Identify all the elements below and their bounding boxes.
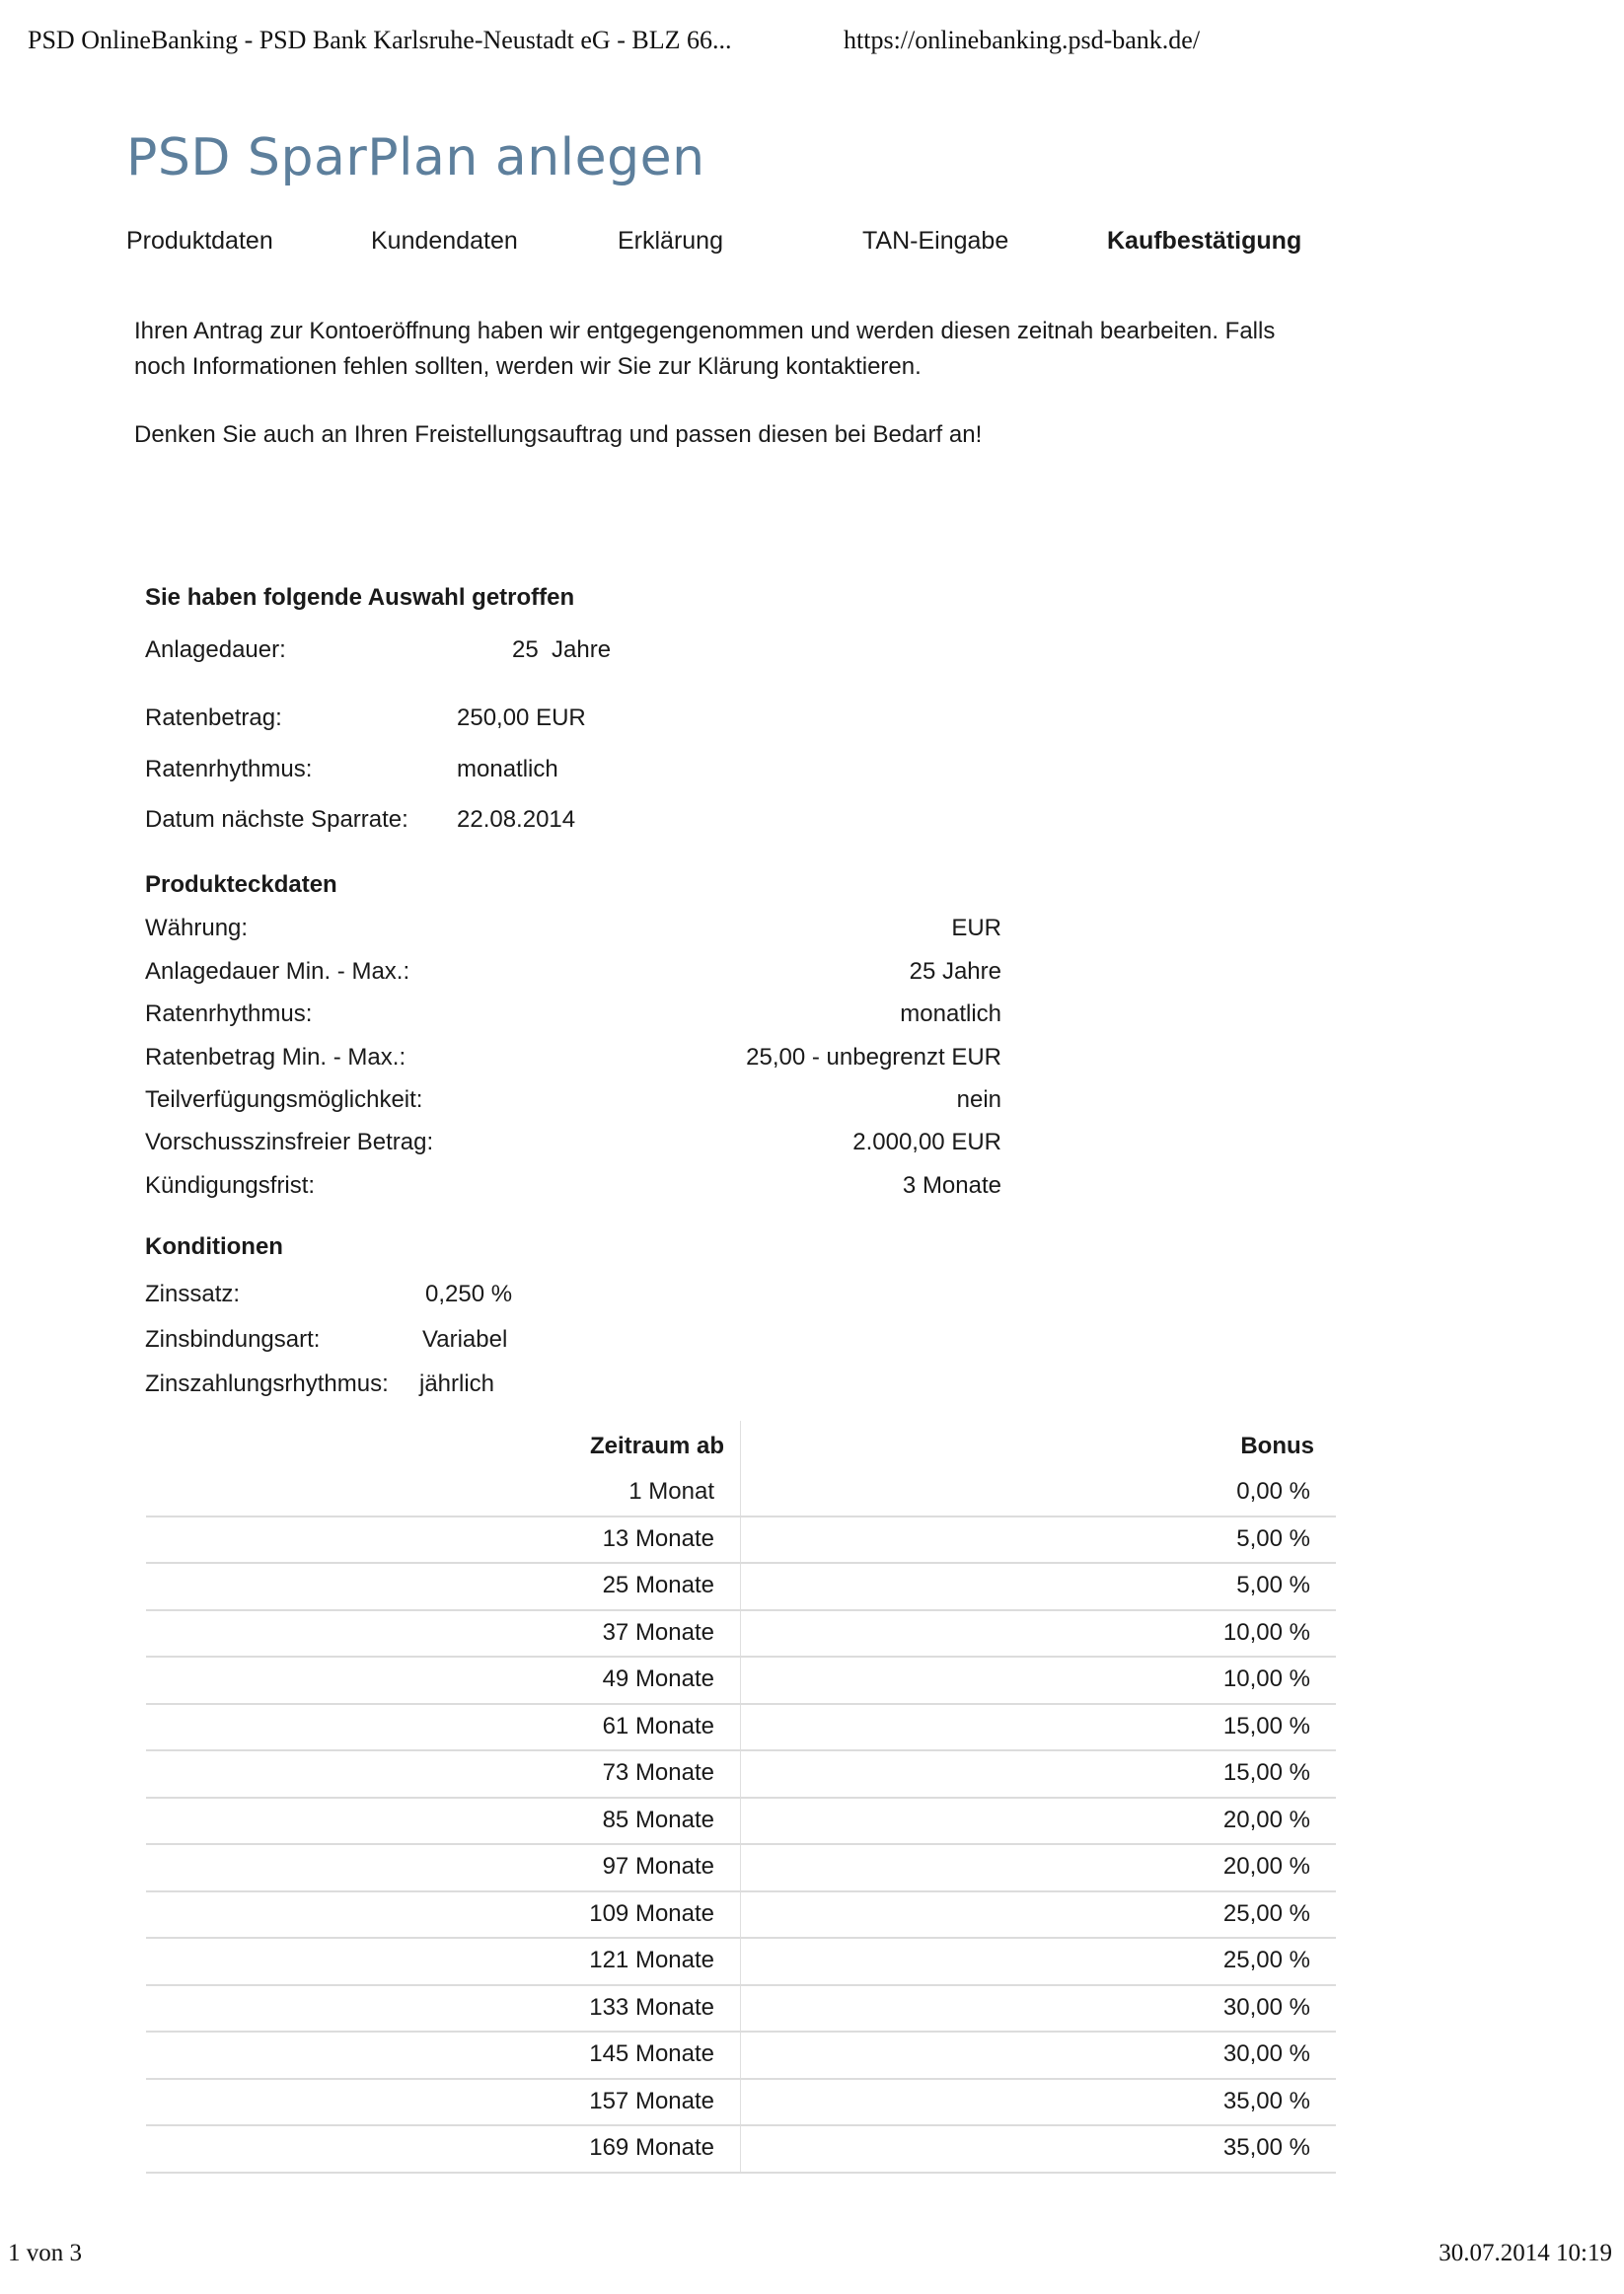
teilverfuegung-value: nein	[957, 1086, 1001, 1114]
step-kaufbestaetigung: Kaufbestätigung	[1107, 227, 1301, 256]
zeitraum-cell: 25 Monate	[603, 1572, 714, 1599]
waehrung-value: EUR	[951, 915, 1001, 942]
bonus-cell: 0,00 %	[1236, 1478, 1310, 1506]
ratenrhythmus-label: Ratenrhythmus:	[145, 756, 312, 783]
bonus-cell: 15,00 %	[1223, 1713, 1310, 1740]
bonus-cell: 30,00 %	[1223, 1994, 1310, 2022]
anlagedauer-value: 25 Jahre	[512, 636, 611, 664]
table-row: 25 Monate5,00 %	[146, 1564, 1336, 1611]
anlagedauer-label: Anlagedauer:	[145, 636, 286, 664]
kuendigungsfrist-label: Kündigungsfrist:	[145, 1172, 315, 1200]
zeitraum-cell: 109 Monate	[589, 1900, 714, 1928]
bonus-cell: 30,00 %	[1223, 2040, 1310, 2068]
table-row: 61 Monate15,00 %	[146, 1705, 1336, 1752]
step-erklaerung[interactable]: Erklärung	[618, 227, 723, 256]
zeitraum-cell: 49 Monate	[603, 1665, 714, 1693]
zinszahlungsrhythmus-value: jährlich	[419, 1370, 494, 1398]
product-data-heading: Produkteckdaten	[145, 871, 337, 899]
confirmation-text: Ihren Antrag zur Kontoeröffnung haben wi…	[134, 314, 1318, 385]
table-body: 1 Monat0,00 %13 Monate5,00 %25 Monate5,0…	[146, 1470, 1336, 2174]
zeitraum-cell: 145 Monate	[589, 2040, 714, 2068]
bonus-cell: 25,00 %	[1223, 1947, 1310, 1974]
anlagedauer-minmax-value: 25 Jahre	[910, 958, 1001, 986]
zeitraum-cell: 169 Monate	[589, 2134, 714, 2162]
header-bonus: Bonus	[1240, 1433, 1314, 1460]
print-footer-timestamp: 30.07.2014 10:19	[1439, 2240, 1612, 2267]
zeitraum-cell: 73 Monate	[603, 1759, 714, 1787]
ratenbetrag-minmax-value: 25,00 - unbegrenzt EUR	[746, 1044, 1001, 1072]
header-zeitraum: Zeitraum ab	[590, 1433, 724, 1460]
zeitraum-cell: 157 Monate	[589, 2088, 714, 2115]
teilverfuegung-label: Teilverfügungsmöglichkeit:	[145, 1086, 422, 1114]
selection-heading: Sie haben folgende Auswahl getroffen	[145, 584, 574, 612]
print-header-url: https://onlinebanking.psd-bank.de/	[844, 26, 1200, 55]
print-header-page-title: PSD OnlineBanking - PSD Bank Karlsruhe-N…	[28, 26, 731, 55]
naechste-sparrate-label: Datum nächste Sparrate:	[145, 806, 408, 834]
bonus-cell: 5,00 %	[1236, 1525, 1310, 1553]
bonus-cell: 35,00 %	[1223, 2134, 1310, 2162]
bonus-cell: 10,00 %	[1223, 1619, 1310, 1647]
zinssatz-label: Zinssatz:	[145, 1281, 240, 1308]
produkt-ratenrhythmus-label: Ratenrhythmus:	[145, 1000, 312, 1028]
table-row: 169 Monate35,00 %	[146, 2126, 1336, 2174]
wizard-steps: Produktdaten Kundendaten Erklärung TAN-E…	[0, 227, 1624, 266]
print-footer-page-number: 1 von 3	[8, 2240, 82, 2267]
table-row: 109 Monate25,00 %	[146, 1892, 1336, 1940]
bonus-cell: 15,00 %	[1223, 1759, 1310, 1787]
zeitraum-cell: 37 Monate	[603, 1619, 714, 1647]
zinssatz-value: 0,250 %	[425, 1281, 512, 1308]
table-row: 145 Monate30,00 %	[146, 2033, 1336, 2080]
step-kundendaten[interactable]: Kundendaten	[371, 227, 518, 256]
table-row: 73 Monate15,00 %	[146, 1751, 1336, 1799]
zinsbindungsart-label: Zinsbindungsart:	[145, 1326, 320, 1354]
page-title: PSD SparPlan anlegen	[126, 128, 705, 187]
confirmation-message: Ihren Antrag zur Kontoeröffnung haben wi…	[134, 314, 1318, 453]
conditions-heading: Konditionen	[145, 1233, 283, 1261]
anlagedauer-minmax-label: Anlagedauer Min. - Max.:	[145, 958, 409, 986]
ratenbetrag-label: Ratenbetrag:	[145, 704, 282, 732]
kuendigungsfrist-value: 3 Monate	[903, 1172, 1001, 1200]
zeitraum-cell: 97 Monate	[603, 1853, 714, 1881]
bonus-cell: 25,00 %	[1223, 1900, 1310, 1928]
waehrung-label: Währung:	[145, 915, 248, 942]
bonus-cell: 5,00 %	[1236, 1572, 1310, 1599]
bonus-cell: 35,00 %	[1223, 2088, 1310, 2115]
bonus-cell: 20,00 %	[1223, 1807, 1310, 1834]
table-row: 13 Monate5,00 %	[146, 1517, 1336, 1565]
bonus-table: Zeitraum ab Bonus 1 Monat0,00 %13 Monate…	[146, 1421, 1336, 2174]
zeitraum-cell: 133 Monate	[589, 1994, 714, 2022]
table-row: 121 Monate25,00 %	[146, 1939, 1336, 1986]
zeitraum-cell: 1 Monat	[628, 1478, 714, 1506]
produkt-ratenrhythmus-value: monatlich	[900, 1000, 1001, 1028]
zeitraum-cell: 61 Monate	[603, 1713, 714, 1740]
table-row: 97 Monate20,00 %	[146, 1845, 1336, 1892]
zinszahlungsrhythmus-label: Zinszahlungsrhythmus:	[145, 1370, 389, 1398]
bonus-cell: 20,00 %	[1223, 1853, 1310, 1881]
vorschusszinsfrei-value: 2.000,00 EUR	[852, 1129, 1001, 1156]
table-row: 37 Monate10,00 %	[146, 1611, 1336, 1659]
table-row: 157 Monate35,00 %	[146, 2080, 1336, 2127]
zinsbindungsart-value: Variabel	[422, 1326, 507, 1354]
freistellungsauftrag-reminder: Denken Sie auch an Ihren Freistellungsau…	[134, 417, 1318, 453]
table-row: 49 Monate10,00 %	[146, 1658, 1336, 1705]
zeitraum-cell: 85 Monate	[603, 1807, 714, 1834]
zeitraum-cell: 121 Monate	[589, 1947, 714, 1974]
table-header: Zeitraum ab Bonus	[146, 1421, 1336, 1470]
bonus-cell: 10,00 %	[1223, 1665, 1310, 1693]
table-row: 133 Monate30,00 %	[146, 1986, 1336, 2034]
ratenbetrag-value: 250,00 EUR	[457, 704, 586, 732]
step-produktdaten[interactable]: Produktdaten	[126, 227, 273, 256]
step-tan-eingabe[interactable]: TAN-Eingabe	[862, 227, 1008, 256]
ratenrhythmus-value: monatlich	[457, 756, 558, 783]
naechste-sparrate-value: 22.08.2014	[457, 806, 575, 834]
zeitraum-cell: 13 Monate	[603, 1525, 714, 1553]
ratenbetrag-minmax-label: Ratenbetrag Min. - Max.:	[145, 1044, 406, 1072]
table-row: 1 Monat0,00 %	[146, 1470, 1336, 1517]
vorschusszinsfrei-label: Vorschusszinsfreier Betrag:	[145, 1129, 433, 1156]
table-row: 85 Monate20,00 %	[146, 1799, 1336, 1846]
